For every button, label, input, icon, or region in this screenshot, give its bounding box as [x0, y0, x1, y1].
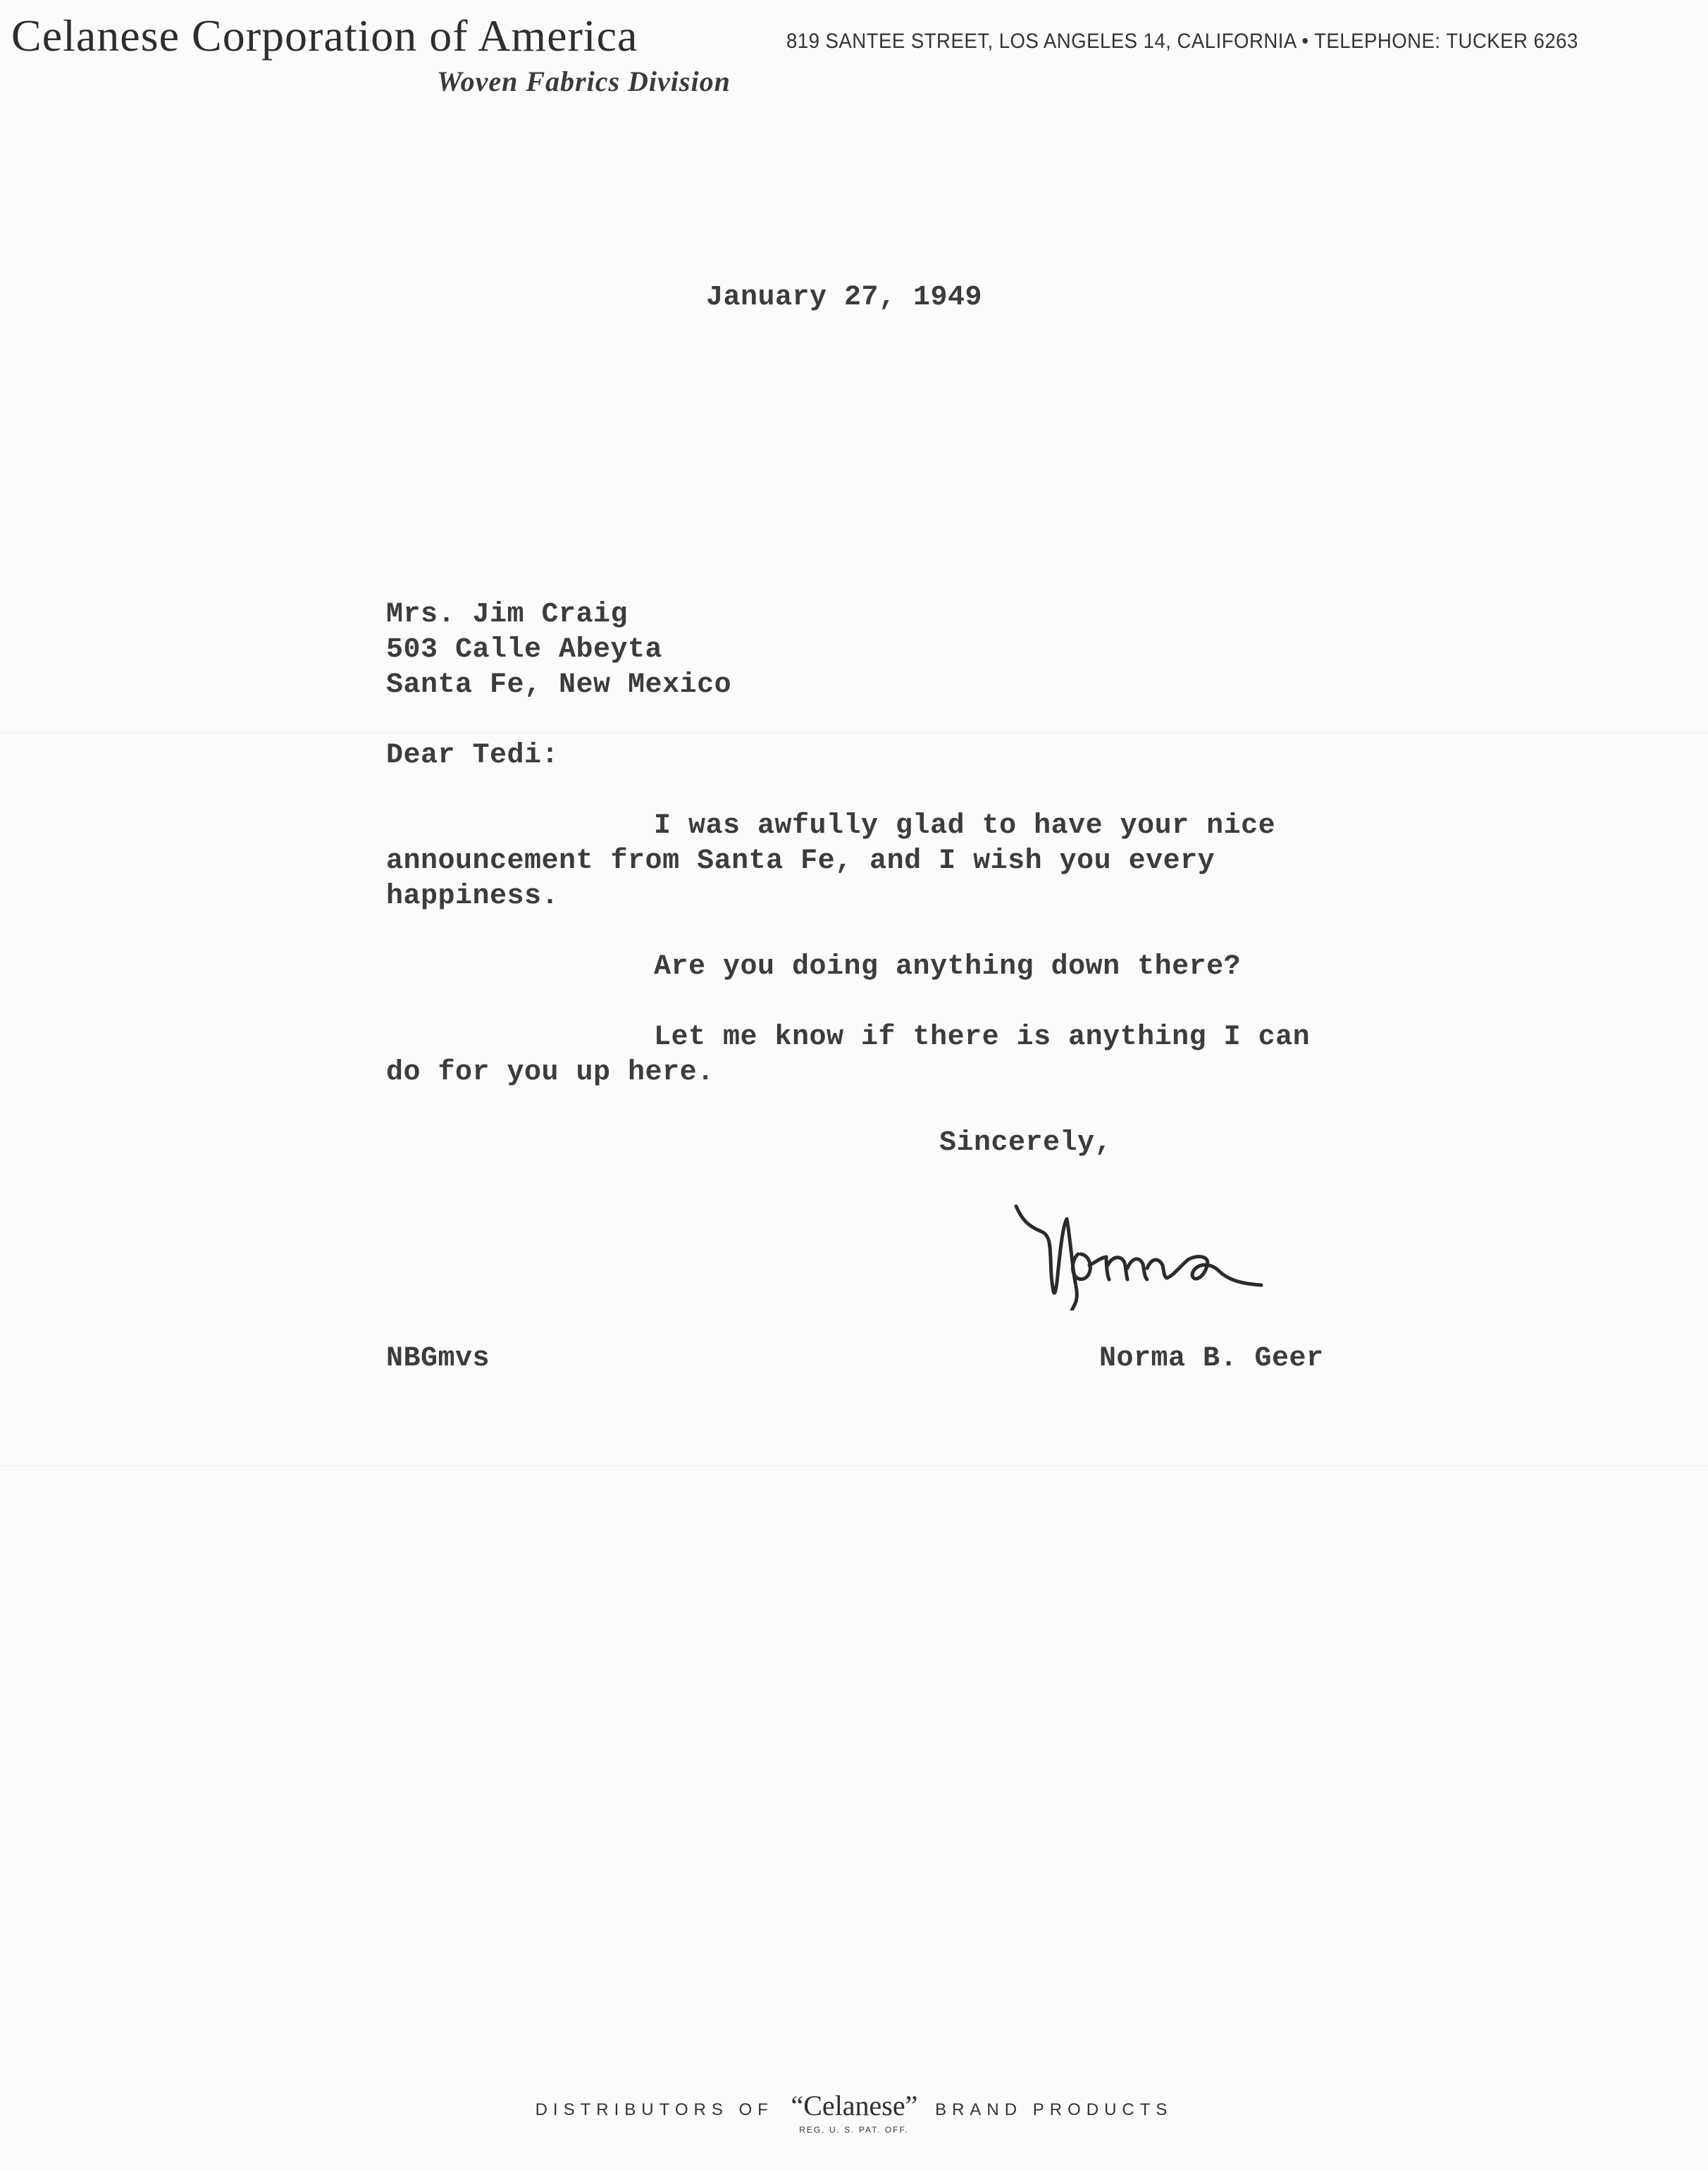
recipient-name: Mrs. Jim Craig — [386, 597, 731, 633]
recipient-address-block: Mrs. Jim Craig 503 Calle Abeyta Santa Fe… — [386, 597, 731, 703]
letter-date: January 27, 1949 — [706, 282, 982, 314]
footer-suffix: BRAND PRODUCTS — [935, 2100, 1172, 2119]
body-paragraph-1-line-3: happiness. — [386, 881, 559, 912]
closing: Sincerely, — [939, 1127, 1112, 1159]
signer-name: Norma B. Geer — [1099, 1343, 1324, 1375]
company-address: 819 SANTEE STREET, LOS ANGELES 14, CALIF… — [786, 30, 1578, 54]
footer-brand: “Celanese” — [784, 2090, 925, 2121]
body-paragraph-2-line-1: Are you doing anything down there? — [654, 951, 1241, 983]
typist-initials: NBGmvs — [386, 1343, 490, 1375]
body-paragraph-3-line-2: do for you up here. — [386, 1057, 714, 1089]
recipient-city: Santa Fe, New Mexico — [386, 668, 731, 703]
footer-registration: REG. U. S. PAT. OFF. — [0, 2125, 1708, 2135]
letterhead-footer: DISTRIBUTORS OF “Celanese” BRAND PRODUCT… — [0, 2089, 1708, 2135]
recipient-street: 503 Calle Abeyta — [386, 633, 731, 668]
company-name: Celanese Corporation of America — [11, 10, 638, 62]
paper-fold-line — [0, 733, 1708, 733]
footer-tagline: DISTRIBUTORS OF “Celanese” BRAND PRODUCT… — [0, 2089, 1708, 2122]
salutation: Dear Tedi: — [386, 740, 559, 771]
body-paragraph-1-line-1: I was awfully glad to have your nice — [654, 810, 1275, 842]
body-paragraph-3-line-1: Let me know if there is anything I can — [654, 1022, 1310, 1053]
body-paragraph-1-line-2: announcement from Santa Fe, and I wish y… — [386, 845, 1215, 877]
handwritten-signature — [1008, 1198, 1339, 1310]
paper-fold-line — [0, 1465, 1708, 1466]
division-name: Woven Fabrics Division — [437, 65, 731, 98]
footer-prefix: DISTRIBUTORS OF — [536, 2100, 774, 2119]
